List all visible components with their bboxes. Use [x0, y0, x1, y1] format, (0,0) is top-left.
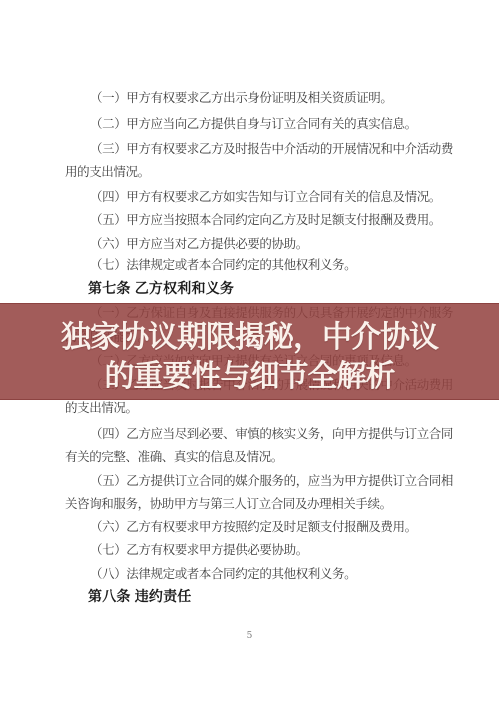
document-page: （一）甲方有权要求乙方出示身份证明及相关资质证明。 （二）甲方应当向乙方提供自身…	[0, 0, 499, 706]
contract-line: 有关的完整、准确、真实的信息及情况。	[65, 449, 455, 464]
promo-title-line2: 的重要性与细节全解析	[0, 351, 499, 395]
contract-line: （二）甲方应当向乙方提供自身与订立合同有关的真实信息。	[65, 116, 455, 131]
contract-line: （六）乙方有权要求甲方按照约定及时足额支付报酬及费用。	[65, 519, 455, 534]
contract-line: （六）甲方应当对乙方提供必要的协助。	[65, 236, 455, 251]
contract-line: （三）甲方有权要求乙方及时报告中介活动的开展情况和中介活动费	[65, 141, 455, 156]
contract-line: （七）法律规定或者本合同约定的其他权利义务。	[65, 257, 455, 272]
section-heading-8: 第八条 违约责任	[88, 589, 478, 604]
contract-line: 用的支出情况。	[65, 164, 455, 179]
section-heading-7: 第七条 乙方权利和义务	[88, 281, 478, 296]
contract-line: 的支出情况。	[65, 400, 455, 415]
contract-line: （一）甲方有权要求乙方出示身份证明及相关资质证明。	[65, 90, 455, 105]
contract-line: （五）乙方提供订立合同的媒介服务的，应当为甲方提供订立合同相	[65, 473, 455, 488]
page-number: 5	[0, 631, 499, 641]
promo-title-line1: 独家协议期限揭秘，中介协议	[0, 312, 499, 356]
contract-line: 关咨询和服务，协助甲方与第三人订立合同及办理相关手续。	[65, 496, 455, 511]
contract-line: （四）甲方有权要求乙方如实告知与订立合同有关的信息及情况。	[65, 189, 455, 204]
contract-line: （七）乙方有权要求甲方提供必要协助。	[65, 542, 455, 557]
contract-line: （四）乙方应当尽到必要、审慎的核实义务，向甲方提供与订立合同	[65, 426, 455, 441]
contract-line: （五）甲方应当按照本合同约定向乙方及时足额支付报酬及费用。	[65, 212, 455, 227]
contract-line: （八）法律规定或者本合同约定的其他权利义务。	[65, 566, 455, 581]
